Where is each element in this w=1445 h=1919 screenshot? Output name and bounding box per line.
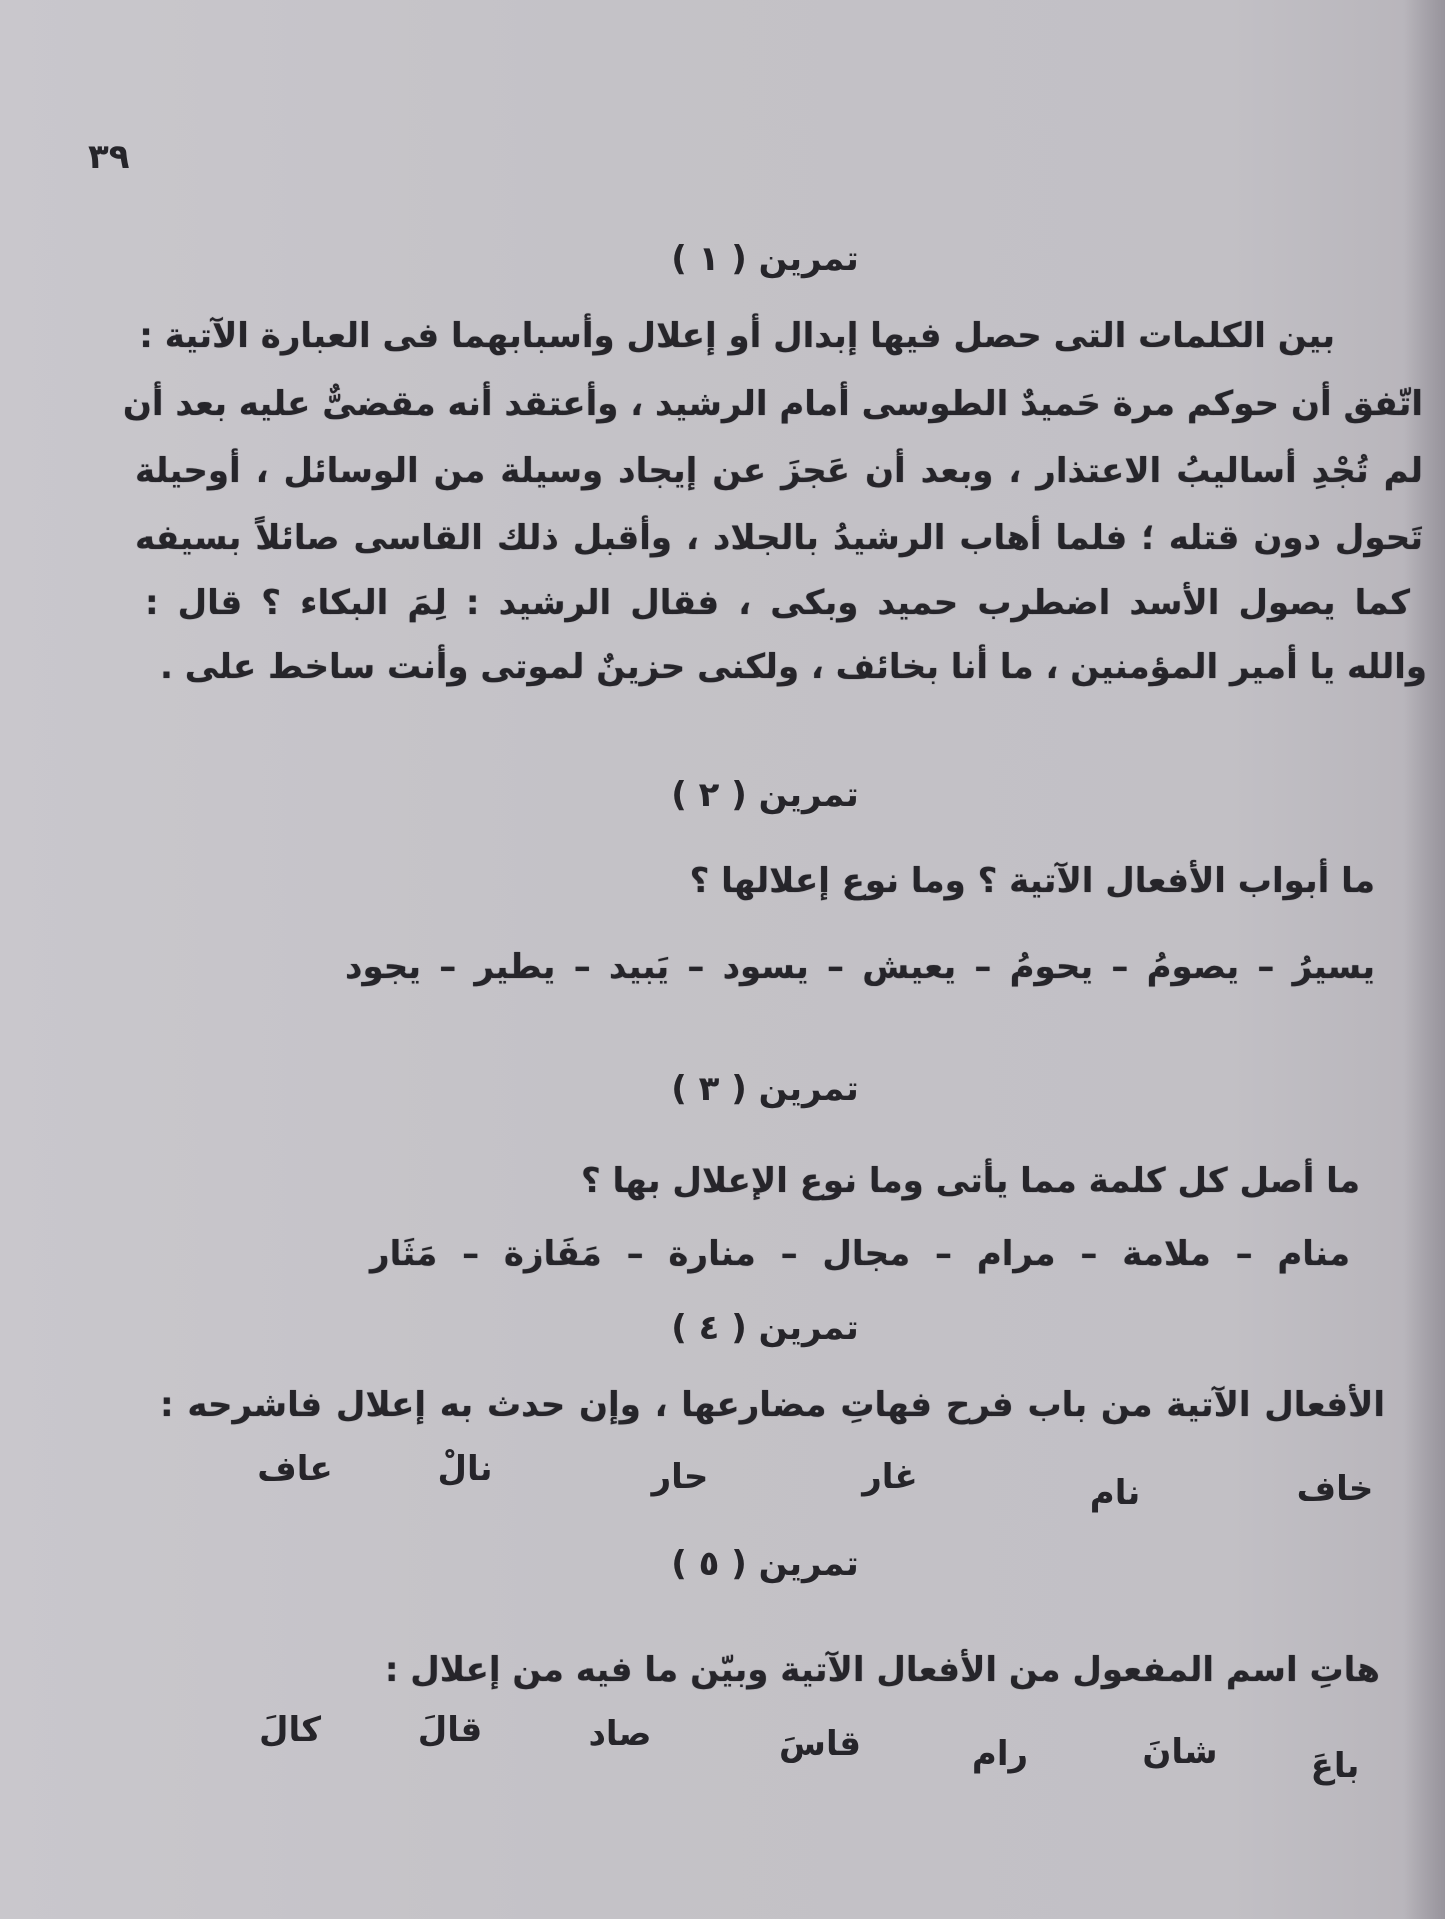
- exercise-1-line-2: اتّفق أن حوكم مرة حَميدٌ الطوسى أمام الر…: [135, 380, 1423, 428]
- exercise-5-word: كالَ: [259, 1706, 321, 1754]
- exercise-4-word-list: خاف نام غار حار نالْ عاف: [0, 1459, 1445, 1511]
- exercise-2-verbs: يسيرُ – يصومُ – يحومُ – يعيش – يسود – يَ…: [345, 943, 1375, 991]
- exercise-5-word: صاد: [588, 1710, 651, 1758]
- exercise-1-line-1: بين الكلمات التى حصل فيها إبدال أو إعلال…: [190, 312, 1335, 360]
- exercise-4-word: نام: [1090, 1469, 1140, 1517]
- exercise-4-question: الأفعال الآتية من باب فرح فهاتِ مضارعها …: [160, 1381, 1385, 1429]
- exercise-5-word-list: باعَ شانَ رام قاسَ صاد قالَ كالَ: [0, 1720, 1445, 1772]
- exercise-3-question: ما أصل كل كلمة مما يأتى وما نوع الإعلال …: [560, 1157, 1360, 1205]
- exercise-4-word: حار: [652, 1453, 709, 1501]
- exercise-5-word: قالَ: [418, 1706, 483, 1754]
- exercise-1-line-3: لم تُجْدِ أساليبُ الاعتذار ، وبعد أن عَج…: [135, 447, 1423, 495]
- exercise-5-question: هاتِ اسم المفعول من الأفعال الآتية وبيّن…: [640, 1646, 1380, 1694]
- exercise-1-line-5: كما يصول الأسد اضطرب حميد وبكى ، فقال ال…: [145, 579, 1410, 627]
- exercise-3-heading: تمرين ( ٣ ): [600, 1065, 930, 1113]
- exercise-1-line-4: تَحول دون قتله ؛ فلما أهاب الرشيدُ بالجل…: [135, 514, 1423, 562]
- exercise-5-word: قاسَ: [779, 1720, 861, 1768]
- exercise-2-question: ما أبواب الأفعال الآتية ؟ وما نوع إعلاله…: [800, 857, 1375, 905]
- exercise-5-heading: تمرين ( ٥ ): [600, 1540, 930, 1588]
- exercise-4-word: نالْ: [437, 1445, 492, 1493]
- exercise-4-word: غار: [862, 1453, 918, 1501]
- exercise-1-line-6: والله يا أمير المؤمنين ، ما أنا بخائف ، …: [190, 643, 1427, 691]
- exercise-5-word: شانَ: [1142, 1728, 1217, 1776]
- exercise-4-word: خاف: [1297, 1465, 1374, 1513]
- exercise-5-word: رام: [972, 1730, 1028, 1778]
- page-number: ٣٩: [88, 135, 130, 179]
- exercise-3-words: منام – ملامة – مرام – مجال – منارة – مَف…: [370, 1230, 1350, 1278]
- exercise-4-heading: تمرين ( ٤ ): [600, 1304, 930, 1352]
- exercise-2-heading: تمرين ( ٢ ): [600, 771, 930, 819]
- page-edge-shadow: [1405, 0, 1445, 1919]
- exercise-5-word: باعَ: [1311, 1742, 1360, 1790]
- exercise-4-word: عاف: [257, 1445, 333, 1493]
- exercise-1-heading: تمرين ( ١ ): [600, 235, 930, 283]
